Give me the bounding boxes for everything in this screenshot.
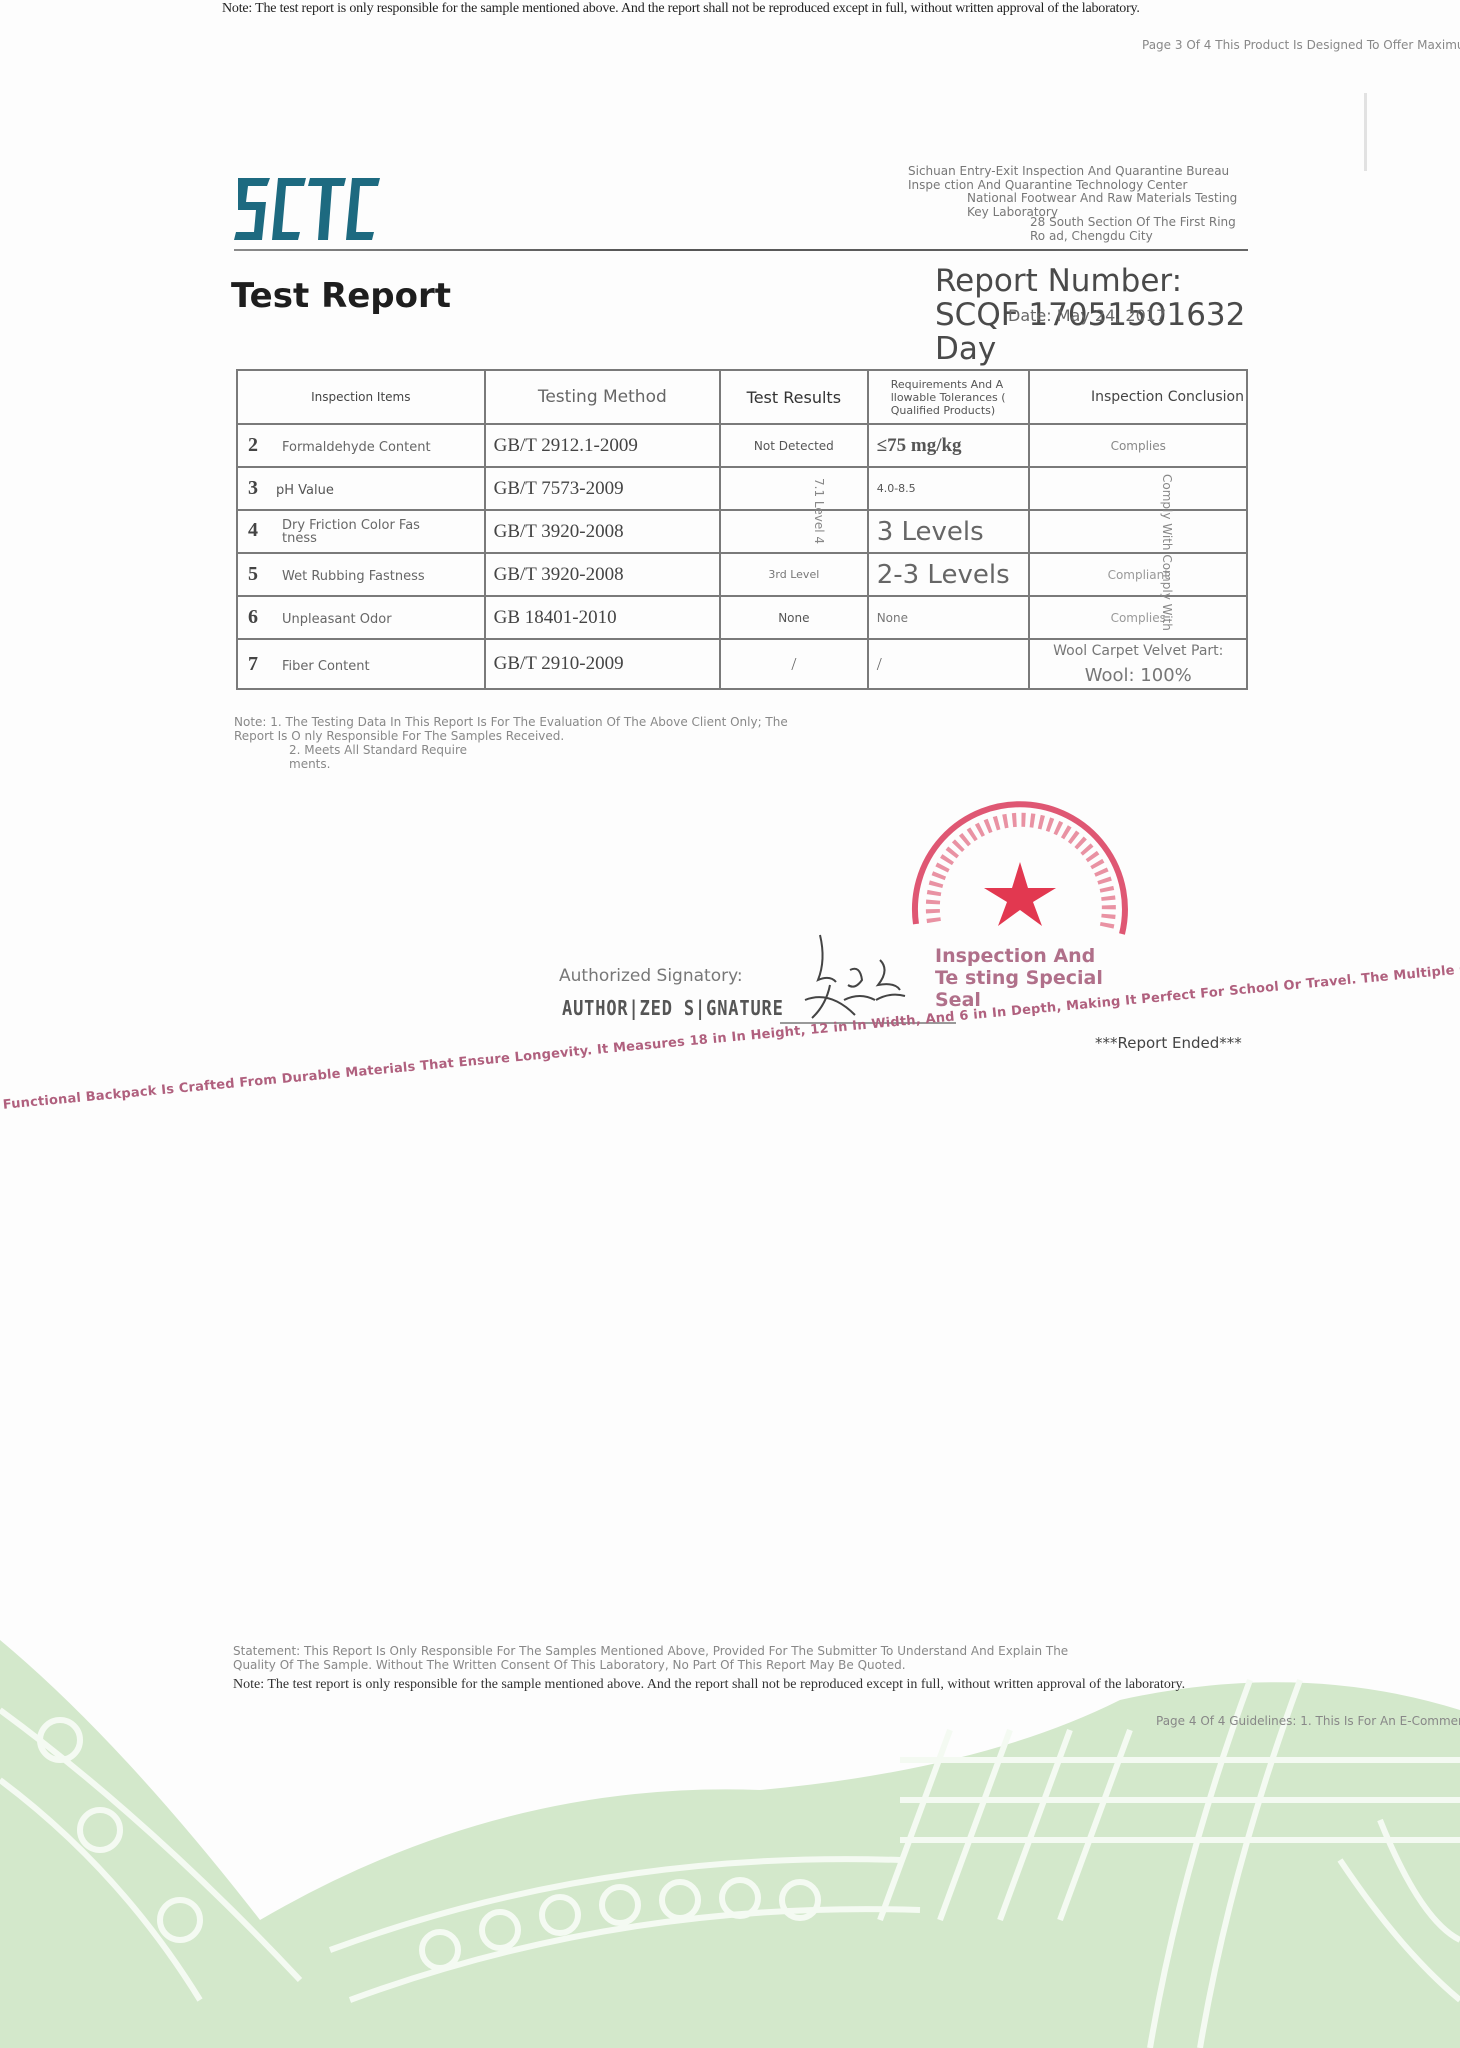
requirement: / [868, 639, 1030, 689]
table-row: 3pH Value GB/T 7573-2009 4.0-8.5 [237, 467, 1247, 510]
requirement: 4.0-8.5 [868, 467, 1030, 510]
row-number: 4 [246, 519, 260, 542]
previous-page-note: Note: The test report is only responsibl… [222, 0, 1242, 17]
header-test-results: Test Results [720, 370, 868, 424]
results-table: Inspection Items Testing Method Test Res… [236, 369, 1248, 690]
conclusion [1029, 510, 1247, 553]
method: GB 18401-2010 [485, 596, 720, 639]
method: GB/T 2910-2009 [485, 639, 720, 689]
vertical-result-text: 7.1 Level 4 [812, 478, 826, 544]
org-name: Sichuan Entry-Exit Inspection And Quaran… [908, 164, 1248, 192]
signature-stamp: AUTHOR|ZED S|GNATURE [562, 996, 784, 1020]
table-row: 4Dry Friction Color Fas tness GB/T 3920-… [237, 510, 1247, 553]
requirement: None [868, 596, 1030, 639]
item-name: Fiber Content [282, 659, 370, 674]
header-inspection-items: Inspection Items [237, 370, 485, 424]
result [720, 510, 868, 553]
header-requirements: Requirements And A llowable Tolerances (… [868, 370, 1030, 424]
authorized-signatory-label: Authorized Signatory: [559, 966, 743, 986]
row-number: 3 [246, 477, 260, 500]
item-name: Unpleasant Odor [282, 612, 392, 627]
item-name: Formaldehyde Content [282, 440, 431, 455]
requirement: ≤75 mg/kg [868, 424, 1030, 467]
note-1: Note: 1. The Testing Data In This Report… [234, 715, 824, 743]
footer-note: Note: The test report is only responsibl… [233, 1676, 1253, 1693]
result: None [720, 596, 868, 639]
report-ended: ***Report Ended*** [1095, 1034, 1242, 1052]
item-name: pH Value [276, 483, 334, 498]
table-header-row: Inspection Items Testing Method Test Res… [237, 370, 1247, 424]
conclusion-line1: Wool Carpet Velvet Part: [1038, 643, 1238, 659]
result: / [720, 639, 868, 689]
method: GB/T 3920-2008 [485, 553, 720, 596]
vertical-conclusion-text: Comply With Comply With [1160, 474, 1174, 631]
table-row: 5Wet Rubbing Fastness GB/T 3920-2008 3rd… [237, 553, 1247, 596]
row-number: 5 [246, 563, 260, 586]
conclusion: Complies [1029, 424, 1247, 467]
item-name: Dry Friction Color Fas tness [282, 519, 422, 545]
report-date: Date: May 24, 2017 [1008, 306, 1166, 325]
method: GB/T 7573-2009 [485, 467, 720, 510]
handwritten-signature [800, 930, 910, 1025]
item-name: Wet Rubbing Fastness [282, 569, 425, 584]
row-number: 6 [246, 606, 260, 629]
result: 3rd Level [720, 553, 868, 596]
header-conclusion: Inspection Conclusion [1029, 370, 1247, 424]
result [720, 467, 868, 510]
method: GB/T 2912.1-2009 [485, 424, 720, 467]
lab-address: 28 South Section Of The First Ring Ro ad… [1030, 215, 1245, 243]
result: Not Detected [720, 424, 868, 467]
conclusion-line2: Wool: 100% [1038, 665, 1238, 686]
table-row: 7Fiber Content GB/T 2910-2009 / / Wool C… [237, 639, 1247, 689]
table-row: 2Formaldehyde Content GB/T 2912.1-2009 N… [237, 424, 1247, 467]
requirement: 3 Levels [868, 510, 1030, 553]
statement: Statement: This Report Is Only Responsib… [233, 1644, 1093, 1672]
sctc-logo [234, 176, 382, 242]
conclusion: Compliant [1029, 553, 1247, 596]
product-banner-text: nd Functional Backpack Is Crafted From D… [0, 928, 1460, 1115]
header-rule [234, 249, 1248, 251]
page-footer: Page 4 Of 4 Guidelines: 1. This Is For A… [1156, 1714, 1460, 1728]
note-2: 2. Meets All Standard Require ments. [289, 743, 479, 771]
method: GB/T 3920-2008 [485, 510, 720, 553]
conclusion: Complies [1029, 596, 1247, 639]
row-number: 7 [246, 653, 260, 676]
page-title: Test Report [231, 276, 451, 316]
previous-page-footer: Page 3 Of 4 This Product Is Designed To … [1142, 38, 1460, 52]
conclusion [1029, 467, 1247, 510]
requirement: 2-3 Levels [868, 553, 1030, 596]
scrollbar[interactable] [1364, 93, 1367, 171]
header-testing-method: Testing Method [485, 370, 720, 424]
row-number: 2 [246, 434, 260, 457]
table-row: 6Unpleasant Odor GB 18401-2010 None None… [237, 596, 1247, 639]
